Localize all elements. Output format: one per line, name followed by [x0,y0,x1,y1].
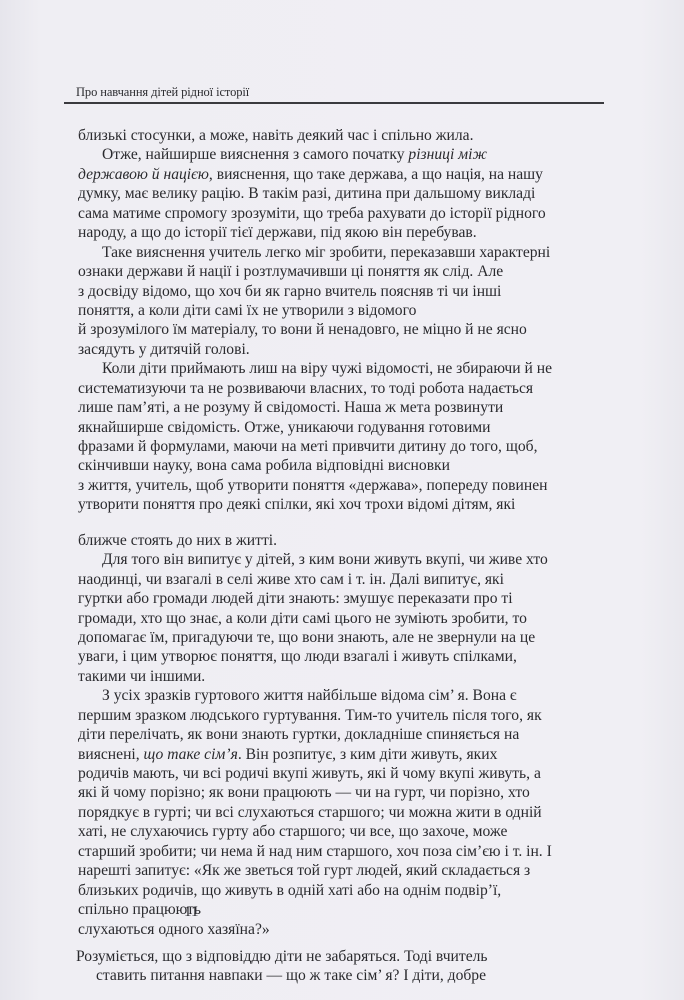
text-line: скінчивши науку, вона сама робила відпов… [78,456,630,475]
text-line: сама матиме спромогу зрозуміти, що треба… [78,204,630,223]
scanned-book-page: Про навчання дітей рідної історії близьк… [0,0,684,1000]
text-span: . Він розпитує, з ким діти живуть, яких [238,746,498,763]
text-line: громади, хто що знає, а коли діти самі ц… [78,609,630,628]
header-rule [64,102,604,104]
text-line: першим зразком людського гуртування. Тим… [78,706,630,725]
text-line: з життя, учитель, щоб утворити поняття «… [78,476,630,495]
text-line: систематизуючи та не розвиваючи власних,… [78,379,630,398]
text-line: Для того він випитує у дітей, з ким вони… [90,550,630,569]
text-line: утворити поняття про деякі спілки, які х… [78,495,630,514]
text-line: ставить питання навпаки — що ж таке сім’… [90,966,630,985]
body-text: близькі стосунки, а може, навіть деякий … [90,126,630,986]
text-line: лише пам’яті, а не розуму й свідомості. … [78,398,630,417]
text-line: й зрозумілого їм матеріалу, то вони й не… [78,320,630,339]
page-number: 11 [184,904,198,921]
text-line: засядуть у дитячій голові. [78,340,630,359]
text-line: близькі стосунки, а може, навіть деякий … [78,126,630,145]
text-line: Таке вияснення учитель легко міг зробити… [90,243,630,262]
text-line: близьких родичів, що живуть в одній хаті… [78,881,630,900]
text-line: наодинці, чи взагалі в селі живе хто сам… [78,570,630,589]
text-line: старший зробити; чи нема й над ним старш… [78,842,630,861]
text-line: хаті, не слухаючись гурту або старшого; … [78,822,630,841]
running-head: Про навчання дітей рідної історії [76,85,249,100]
text-span: Отже, найширше вияснення з самого початк… [102,146,408,163]
text-line: спільно працюють [78,900,630,919]
text-line: Розуміється, що з відповіддю діти не заб… [76,947,630,966]
text-line: вияснені, що таке сім’я. Він розпитує, з… [78,745,630,764]
text-line: слухаються одного хазяїна?» [78,920,630,939]
blank-line [90,515,630,531]
text-line: родичів мають, чи всі родичі вкупі живут… [78,764,630,783]
text-line: ознаки держави й нації і розтлумачивши ц… [78,262,630,281]
text-line: нарешті запитує: «Як же зветься той гурт… [78,861,630,880]
emphasis: державою й нацією [78,166,209,183]
text-line: уваги, і цим утворює поняття, що люди вз… [78,647,630,666]
text-line: фразами й формулами, маючи на меті привч… [78,437,630,456]
text-line: допомагає їм, пригадуючи те, що вони зна… [78,628,630,647]
text-line: державою й нацією, вияснення, що таке де… [78,165,630,184]
text-line: якнайширше свідомість. Отже, уникаючи го… [78,418,630,437]
text-line: такими чи іншими. [78,667,630,686]
text-line: які й чому порізно; як вони працюють — ч… [78,783,630,802]
text-line: Отже, найширше вияснення з самого початк… [90,145,630,164]
text-span: , вияснення, що таке держава, а що нація… [209,166,543,183]
text-line: З усіх зразків гуртового життя найбільше… [90,686,630,705]
text-line: гуртки або громади людей діти знають: зм… [78,589,630,608]
text-line: діти перелічать, як вони знають гуртки, … [78,725,630,744]
text-line: порядкує в гурті; чи всі слухаються стар… [78,803,630,822]
emphasis: що таке сім’я [144,746,238,763]
text-line: Коли діти приймають лиш на віру чужі від… [90,359,630,378]
emphasis: різниці між [408,146,487,163]
text-line: народу, а що до історії тієї держави, пі… [78,223,630,242]
text-line: з досвіду відомо, що хоч би як гарно вчи… [78,282,630,301]
text-line: ближче стоять до них в житті. [78,531,630,550]
text-span: вияснені, [78,746,144,763]
text-line: поняття, а коли діти самі їх не утворили… [78,301,630,320]
text-line: думку, має велику рацію. В такім разі, д… [78,184,630,203]
